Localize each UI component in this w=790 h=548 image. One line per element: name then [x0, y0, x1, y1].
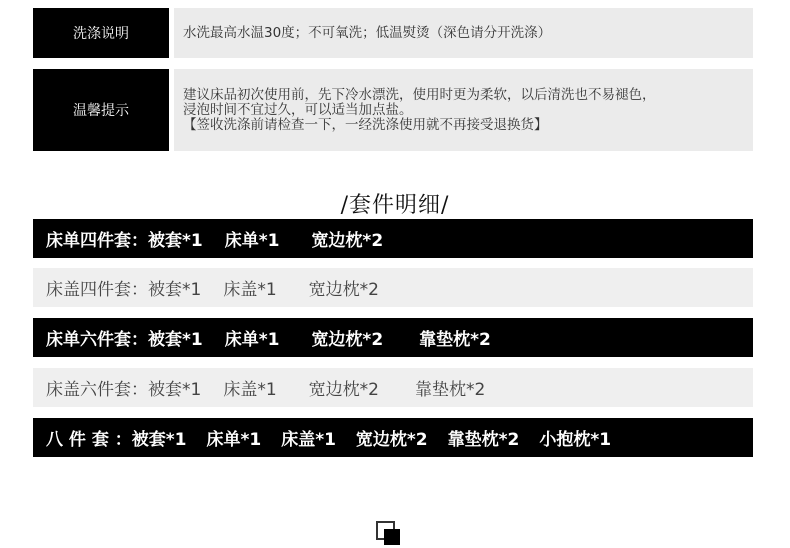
info-label: 温馨提示 [33, 69, 169, 151]
info-line: 建议床品初次使用前，先下冷水漂洗，使用时更为柔软，以后清洗也不易褪色， [183, 88, 753, 103]
set-item: 宽边枕*2 [309, 275, 379, 300]
info-row-tips: 温馨提示 建议床品初次使用前，先下冷水漂洗，使用时更为柔软，以后清洗也不易褪色，… [33, 69, 753, 151]
set-item: 床单*1 [206, 425, 261, 450]
set-item: 被套*1 [148, 226, 203, 251]
set-item: 床单*1 [225, 325, 280, 350]
set-row: 床单四件套： 被套*1 床单*1 宽边枕*2 [33, 219, 753, 258]
set-item: 靠垫枕*2 [448, 425, 520, 450]
info-line: 水洗最高水温30度；不可氧洗；低温熨烫（深色请分开洗涤） [183, 26, 753, 41]
info-row-washing: 洗涤说明 水洗最高水温30度；不可氧洗；低温熨烫（深色请分开洗涤） [33, 8, 753, 58]
set-item: 床单*1 [225, 226, 280, 251]
set-item: 床盖*1 [223, 275, 276, 300]
info-content: 水洗最高水温30度；不可氧洗；低温熨烫（深色请分开洗涤） [174, 8, 753, 58]
set-item: 靠垫枕*2 [415, 375, 485, 400]
info-content: 建议床品初次使用前，先下冷水漂洗，使用时更为柔软，以后清洗也不易褪色， 浸泡时间… [174, 69, 753, 151]
set-name: 床单四件套： [46, 226, 148, 251]
set-item: 床盖*1 [281, 425, 336, 450]
set-item: 小抱枕*1 [539, 425, 611, 450]
set-row: 床单六件套： 被套*1 床单*1 宽边枕*2 靠垫枕*2 [33, 318, 753, 357]
set-item: 宽边枕*2 [309, 375, 379, 400]
section-title: /套件明细/ [0, 188, 790, 219]
set-item: 被套*1 [148, 375, 201, 400]
copy-icon[interactable] [376, 521, 400, 545]
set-item: 宽边枕*2 [311, 226, 383, 251]
set-row: 八 件 套 ： 被套*1 床单*1 床盖*1 宽边枕*2 靠垫枕*2 小抱枕*1 [33, 418, 753, 457]
set-item: 被套*1 [132, 425, 187, 450]
set-item: 被套*1 [148, 275, 201, 300]
set-item: 宽边枕*2 [311, 325, 383, 350]
set-item: 被套*1 [148, 325, 203, 350]
info-line: 【签收洗涤前请检查一下，一经洗涤使用就不再接受退换货】 [183, 118, 753, 133]
set-row: 床盖六件套： 被套*1 床盖*1 宽边枕*2 靠垫枕*2 [33, 368, 753, 407]
info-label: 洗涤说明 [33, 8, 169, 58]
set-name: 床盖四件套： [46, 275, 148, 300]
set-item: 床盖*1 [223, 375, 276, 400]
set-item: 靠垫枕*2 [419, 325, 491, 350]
set-name: 八 件 套 ： [46, 425, 132, 450]
set-name: 床盖六件套： [46, 375, 148, 400]
info-line: 浸泡时间不宜过久，可以适当加点盐。 [183, 103, 753, 118]
set-item: 宽边枕*2 [356, 425, 428, 450]
set-row: 床盖四件套： 被套*1 床盖*1 宽边枕*2 [33, 268, 753, 307]
set-name: 床单六件套： [46, 325, 148, 350]
